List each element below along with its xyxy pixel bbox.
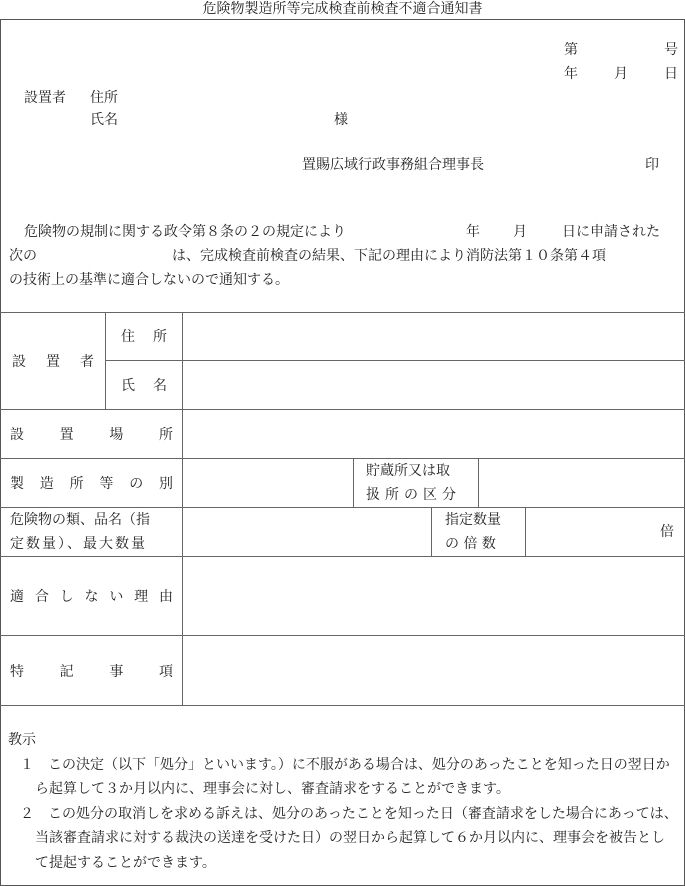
char: 氏 — [121, 375, 135, 395]
instruction-item-1: １ この決定（以下「処分」といいます。）に不服がある場合は、処分のあったことを知… — [10, 753, 678, 802]
multiple-left-divider — [431, 507, 432, 556]
date-year: 年 — [564, 64, 578, 84]
hazmat-field[interactable] — [183, 508, 431, 556]
location-field[interactable] — [183, 410, 684, 458]
number-prefix: 第 — [564, 40, 578, 60]
char: し — [60, 586, 74, 606]
facility-type-label: 製 造 所 等 の 別 — [10, 459, 173, 507]
seal-mark: 印 — [645, 155, 659, 175]
char: 由 — [159, 586, 173, 606]
char: 別 — [159, 473, 173, 493]
table-bottom-border — [0, 705, 685, 706]
char: 合 — [35, 586, 49, 606]
char: 所 — [159, 424, 173, 444]
issuer-name: 置賜広域行政事務組合理事長 — [302, 155, 484, 175]
instructions-section: 教示 １ この決定（以下「処分」といいます。）に不服がある場合は、処分のあったこ… — [10, 728, 678, 875]
body-line3: の技術上の基準に適合しないので通知する。 — [9, 270, 289, 290]
multiple-field[interactable] — [526, 508, 656, 556]
document-title: 危険物製造所等完成検査前検査不適合通知書 — [0, 0, 685, 18]
label-line: 危険物の類、品名（指 — [10, 508, 150, 532]
char: 所 — [70, 473, 84, 493]
instruction-item-2: ２ この処分の取消しを求める訴えは、処分のあったことを知った日（審査請求をした場… — [10, 802, 678, 876]
label-line: 定数量）、最大数量 — [10, 532, 150, 556]
installer-address-field[interactable] — [183, 313, 684, 360]
installer-address-label: 住 所 — [121, 312, 167, 360]
installer-name-field[interactable] — [183, 361, 684, 409]
char: 設 — [12, 351, 26, 371]
storage-class-label: 貯蔵所又は取 扱所の区分 — [366, 459, 461, 507]
char: 名 — [153, 375, 167, 395]
char: な — [84, 586, 98, 606]
char: 製 — [10, 473, 24, 493]
char: 事 — [109, 661, 123, 681]
char: 置 — [60, 424, 74, 444]
body-line2: は、完成検査前検査の結果、下記の理由により消防法第１０条第４項 — [172, 246, 606, 266]
multiple-label: 指定数量 の 倍 数 — [445, 508, 501, 556]
installer-label: 設 置 者 — [12, 312, 94, 409]
date-day: 日 — [664, 64, 678, 84]
number-suffix: 号 — [664, 40, 678, 60]
hazmat-label: 危険物の類、品名（指 定数量）、最大数量 — [10, 508, 150, 556]
body-line1-end: 日に申請された — [562, 222, 660, 242]
remarks-label: 特 記 事 項 — [10, 636, 173, 705]
char: の — [129, 473, 143, 493]
body-line1-year: 年 — [466, 222, 480, 242]
multiple-unit: 倍 — [660, 522, 674, 542]
location-label: 設 置 場 所 — [10, 410, 173, 458]
char: 場 — [109, 424, 123, 444]
honorific: 様 — [334, 110, 348, 130]
storage-class-field[interactable] — [479, 459, 684, 507]
char: 者 — [80, 351, 94, 371]
char: 所 — [153, 326, 167, 346]
facility-type-field[interactable] — [183, 459, 353, 507]
char: 等 — [99, 473, 113, 493]
label-line: 貯蔵所又は取 — [366, 459, 461, 483]
installer-subcol-divider — [105, 312, 106, 409]
recipient-label: 設置者 — [24, 88, 66, 108]
body-line1-month: 月 — [513, 222, 527, 242]
char: い — [109, 586, 123, 606]
char: 記 — [60, 661, 74, 681]
body-line2-start: 次の — [9, 246, 37, 266]
char: 適 — [10, 586, 24, 606]
remarks-field[interactable] — [183, 636, 684, 705]
date-month: 月 — [614, 64, 628, 84]
body-line1: 危険物の規制に関する政令第８条の２の規定により — [24, 222, 346, 242]
label-line: 扱所の区分 — [366, 483, 461, 507]
storage-class-left-divider — [353, 458, 354, 507]
instructions-heading: 教示 — [8, 728, 678, 753]
recipient-address-label: 住所 — [90, 88, 118, 108]
label-line: の 倍 数 — [445, 532, 501, 556]
char: 置 — [46, 351, 60, 371]
char: 特 — [10, 661, 24, 681]
char: 住 — [121, 326, 135, 346]
char: 理 — [134, 586, 148, 606]
reason-label: 適 合 し な い 理 由 — [10, 557, 173, 635]
char: 項 — [159, 661, 173, 681]
recipient-name-label: 氏名 — [90, 110, 118, 130]
char: 設 — [10, 424, 24, 444]
char: 造 — [40, 473, 54, 493]
label-line: 指定数量 — [445, 508, 501, 532]
installer-name-label: 氏 名 — [121, 361, 167, 409]
reason-field[interactable] — [183, 557, 684, 635]
